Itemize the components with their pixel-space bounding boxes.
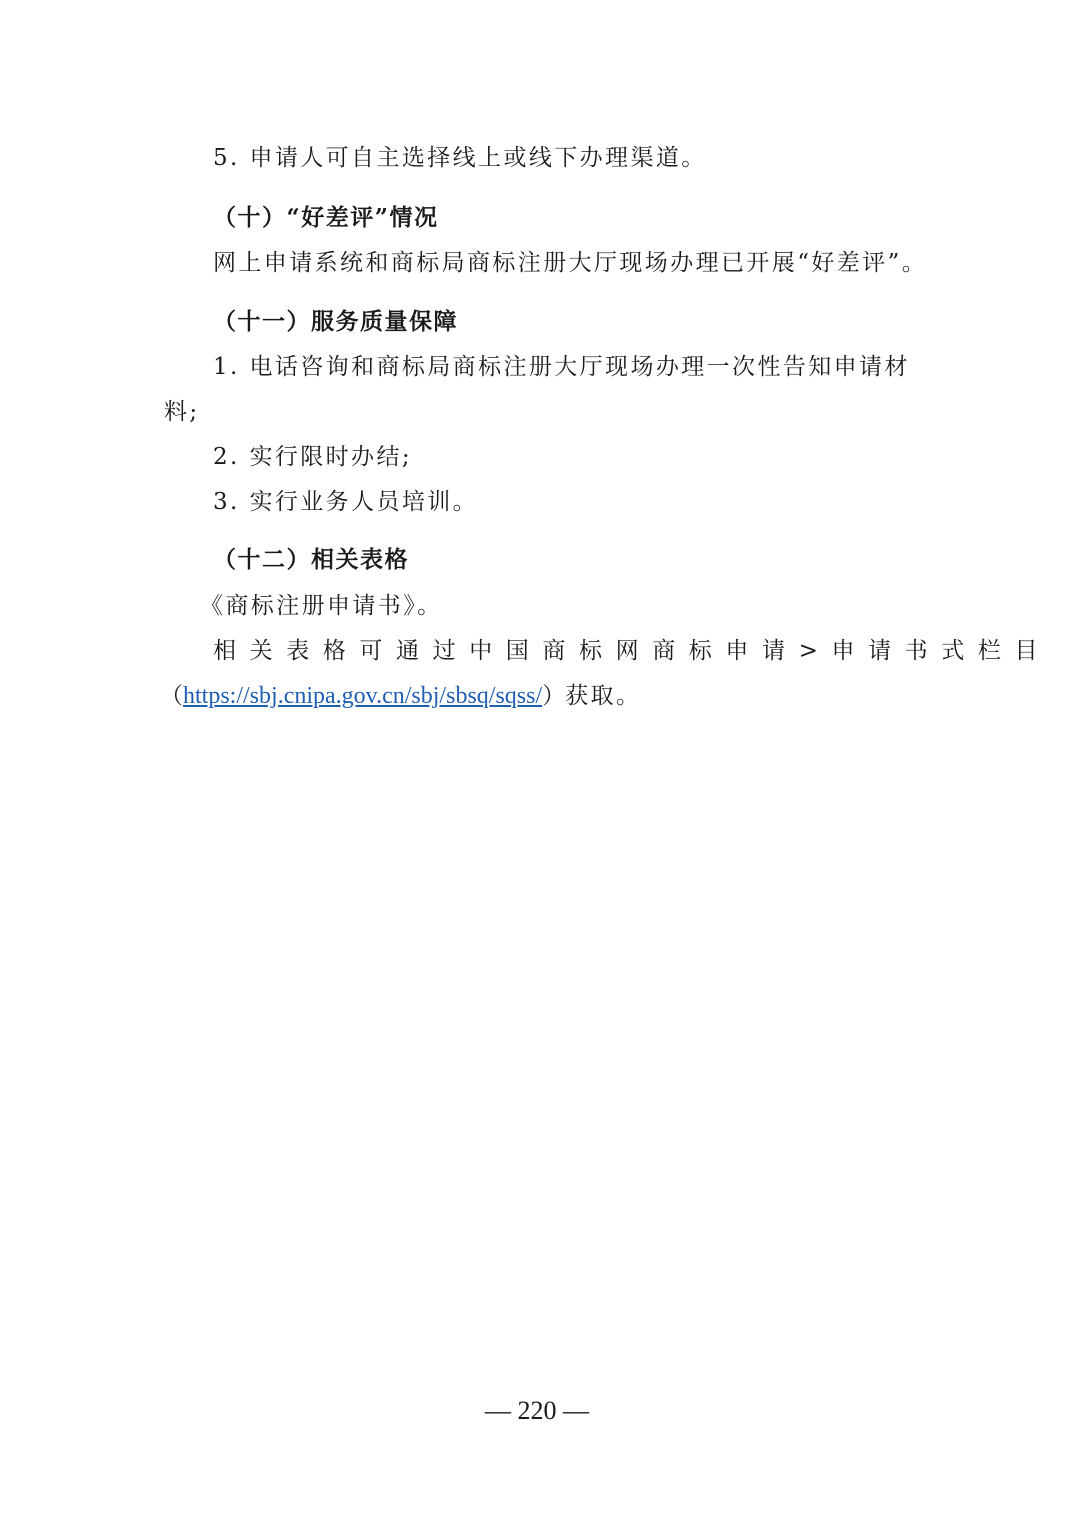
section-heading-10: （十）“好差评”情况 (213, 203, 438, 233)
forms-download-link[interactable]: https://sbj.cnipa.gov.cn/sbj/sbsq/sqss/ (183, 683, 542, 709)
open-paren: （ (160, 683, 183, 709)
list-item-5: 5. 申请人可自主选择线上或线下办理渠道。 (213, 143, 707, 173)
list-item-11-3: 3. 实行业务人员培训。 (213, 487, 478, 517)
list-item-11-1: 1. 电话咨询和商标局商标注册大厅现场办理一次性告知申请材 (213, 352, 910, 382)
close-paren: ） (542, 683, 565, 709)
paragraph-forms-source: 相关表格可通过中国商标网商标申请>申请书式栏目 (213, 636, 1051, 666)
paragraph-forms-source-continued: （https://sbj.cnipa.gov.cn/sbj/sbsq/sqss/… (160, 681, 641, 711)
list-item-11-1-continued: 料; (164, 397, 200, 427)
page-number: — 220 — (0, 1396, 1074, 1426)
list-item-11-2: 2. 实行限时办结; (213, 442, 412, 472)
suffix-text: 获取。 (565, 683, 641, 709)
section-heading-11: （十一）服务质量保障 (213, 307, 458, 337)
paragraph-good-bad-review: 网上申请系统和商标局商标注册大厅现场办理已开展“好差评”。 (213, 248, 927, 278)
form-name: 《商标注册申请书》。 (200, 591, 443, 621)
section-heading-12: （十二）相关表格 (213, 545, 409, 575)
